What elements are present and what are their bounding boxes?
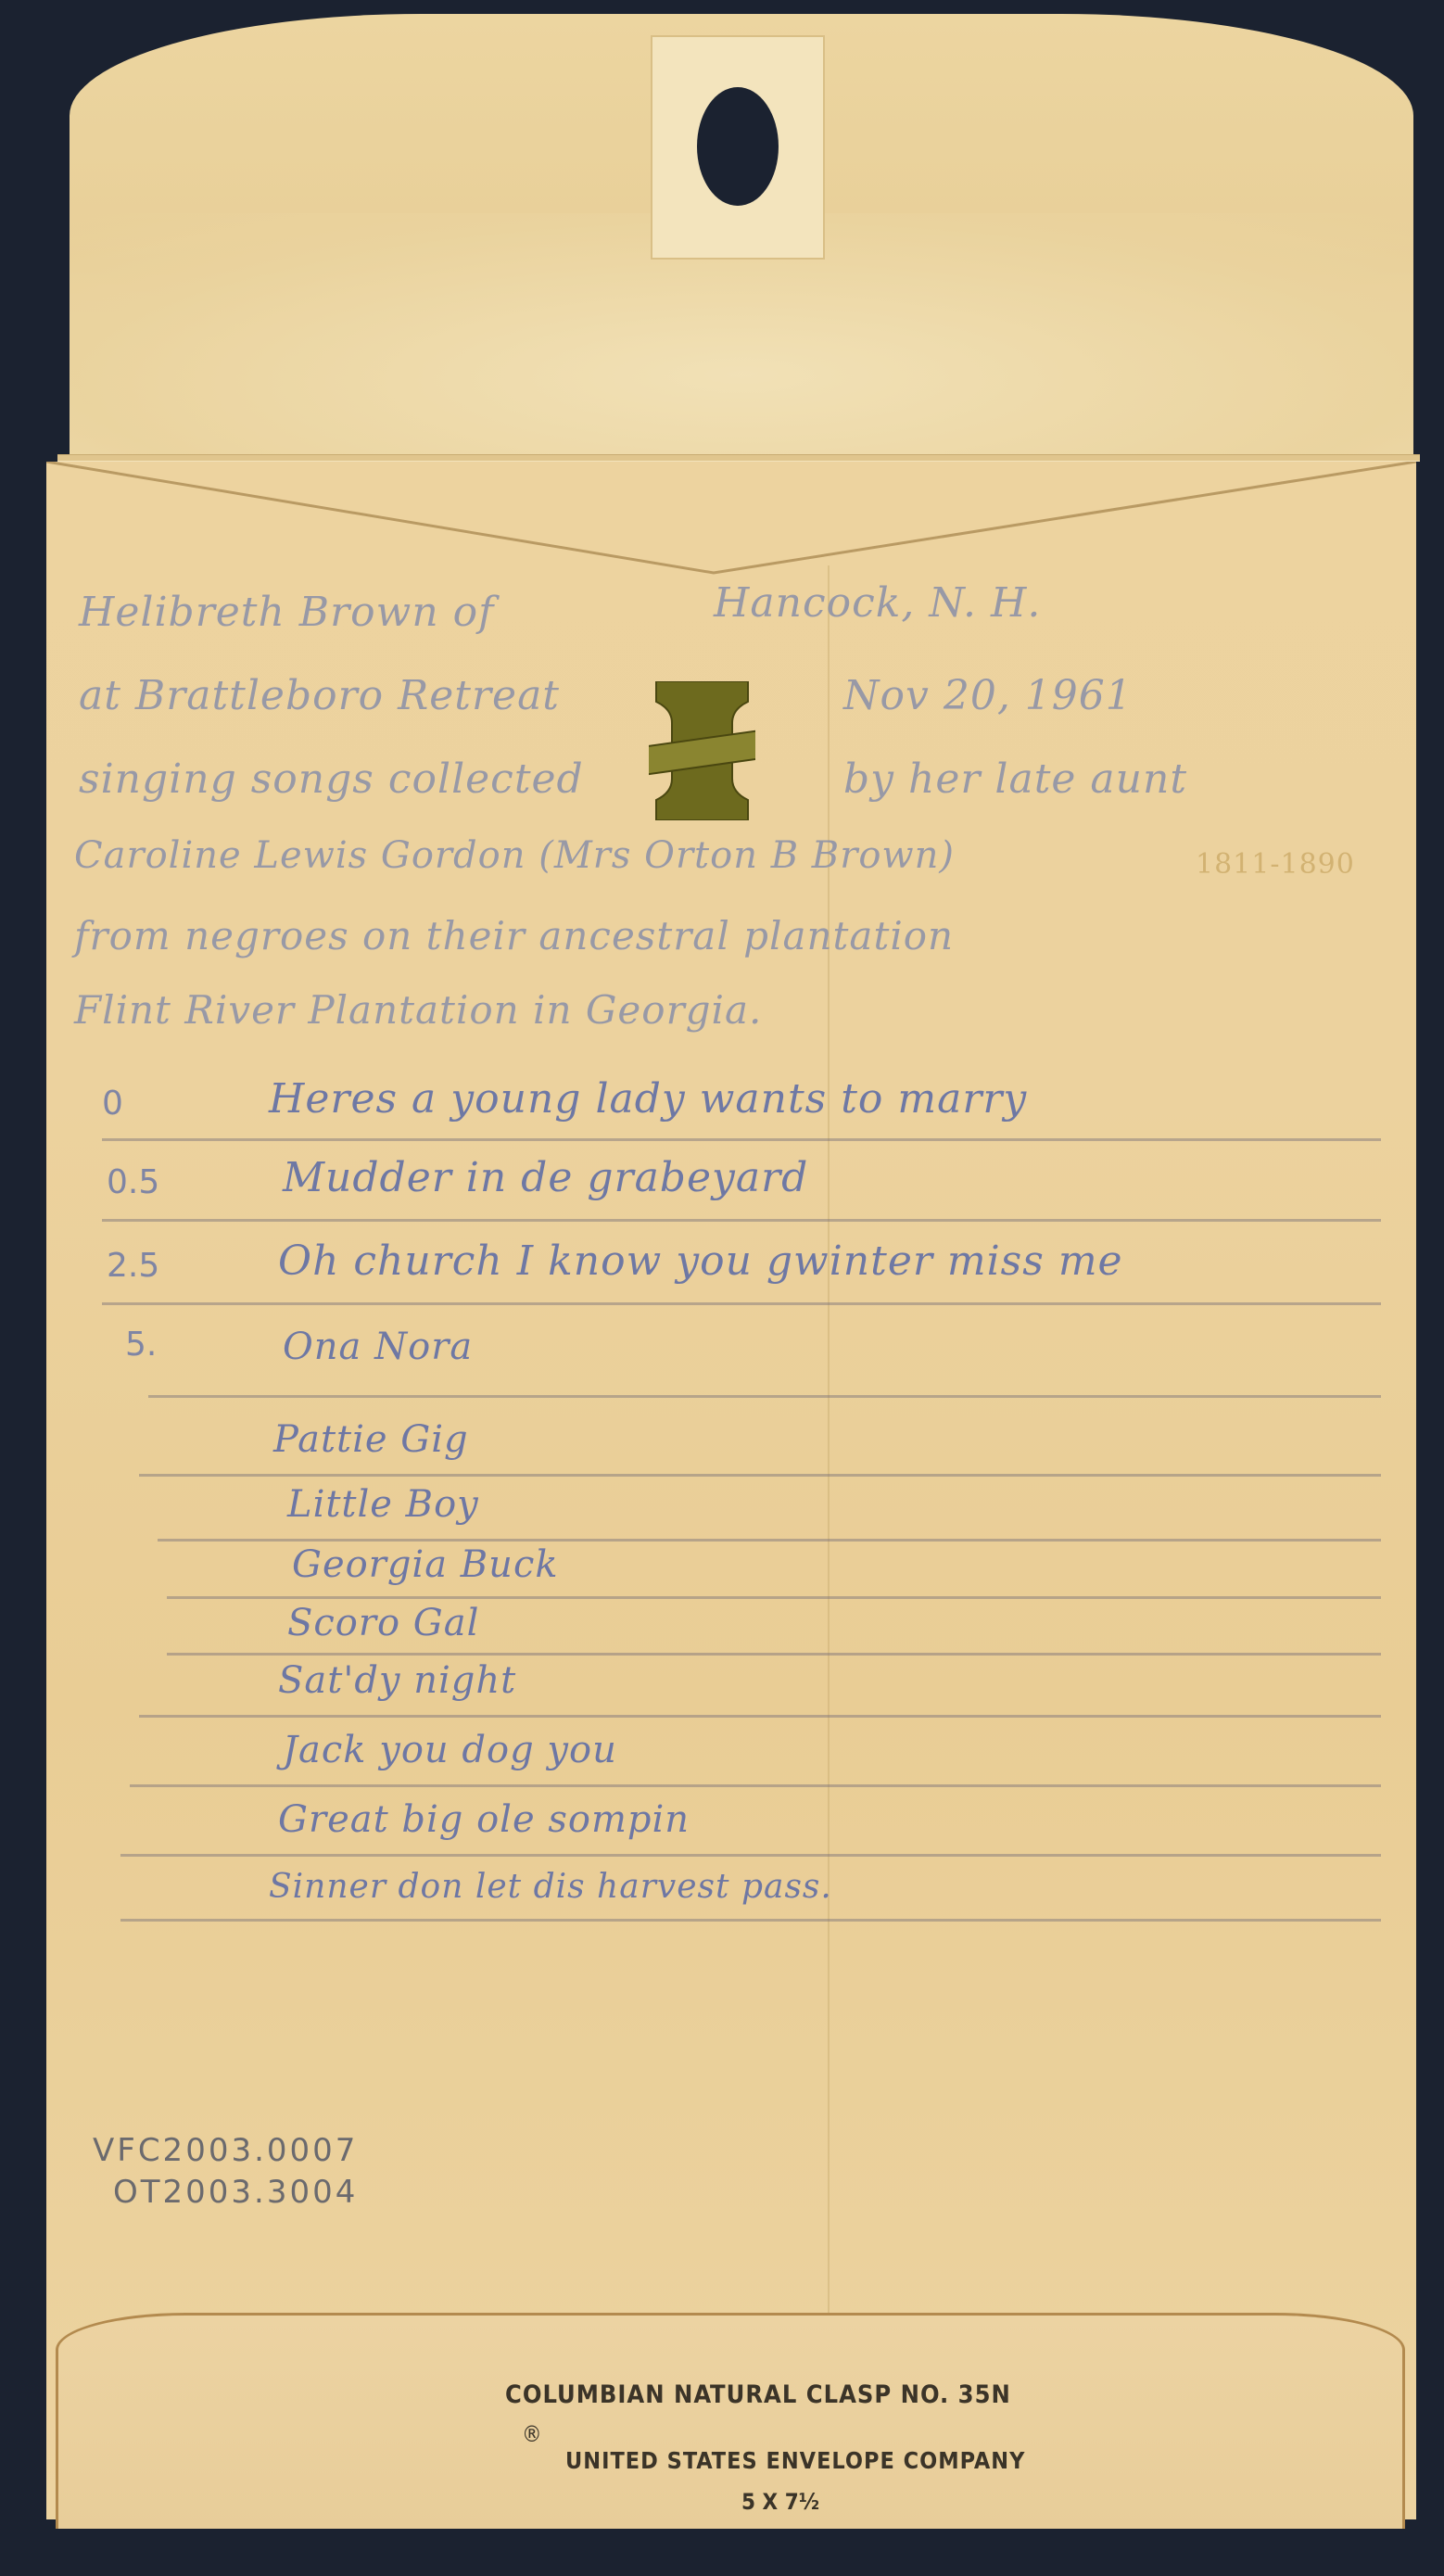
song-title: Heres a young lady wants to marry	[269, 1075, 1027, 1123]
song-index: 0	[102, 1085, 123, 1123]
song-index: 2.5	[107, 1247, 159, 1285]
ruled-line	[130, 1784, 1381, 1787]
song-index: 5.	[125, 1326, 157, 1364]
song-title: Georgia Buck	[292, 1543, 559, 1586]
song-title: Great big ole sompin	[278, 1798, 690, 1841]
imprint-model: COLUMBIAN NATURAL CLASP NO. 35N	[505, 2380, 1011, 2409]
ruled-line	[158, 1539, 1381, 1542]
ruled-line	[102, 1219, 1381, 1222]
clasp-hole	[697, 87, 779, 206]
header-line-2b: Nov 20, 1961	[843, 672, 1133, 719]
header-line-2a: at Brattleboro Retreat	[79, 672, 560, 719]
ruled-line	[120, 1919, 1381, 1922]
song-title: Sat'dy night	[278, 1659, 516, 1702]
header-line-4a: Caroline Lewis Gordon (Mrs Orton B Brown…	[74, 834, 955, 877]
song-title: Oh church I know you gwinter miss me	[278, 1237, 1123, 1285]
registered-mark-icon: ®	[522, 2421, 542, 2447]
song-title: Pattie Gig	[273, 1418, 469, 1461]
ruled-line	[139, 1474, 1381, 1477]
ruled-line	[167, 1653, 1381, 1656]
ruled-line	[102, 1302, 1381, 1305]
envelope-bottom-flap	[56, 2313, 1405, 2529]
header-line-1b: Hancock, N. H.	[714, 579, 1041, 627]
catalog-number-vfc: VFC2003.0007	[93, 2132, 358, 2169]
header-line-3a: singing songs collected	[79, 755, 584, 803]
flap-crease	[57, 454, 1420, 462]
song-title: Little Boy	[287, 1483, 479, 1526]
metal-clasp-icon	[649, 681, 755, 820]
ruled-line	[167, 1596, 1381, 1599]
imprint-size: 5 X 7½	[741, 2489, 819, 2515]
header-line-3b: by her late aunt	[843, 755, 1187, 803]
ruled-line	[139, 1715, 1381, 1718]
header-line-5: from negroes on their ancestral plantati…	[74, 913, 954, 958]
header-line-1a: Helibreth Brown of	[79, 589, 494, 636]
catalog-number-ot: OT2003.3004	[113, 2174, 358, 2211]
envelope-seam	[828, 565, 830, 2327]
song-title: Jack you dog you	[283, 1729, 617, 1771]
envelope-v-flap-lines	[46, 462, 1416, 582]
song-title: Ona Nora	[283, 1326, 473, 1368]
header-line-4b-dates: 1811-1890	[1196, 848, 1355, 881]
song-index: 0.5	[107, 1163, 159, 1201]
song-title: Sinner don let dis harvest pass.	[269, 1868, 832, 1906]
imprint-company: UNITED STATES ENVELOPE COMPANY	[565, 2447, 1025, 2474]
ruled-line	[120, 1854, 1381, 1857]
song-title: Scoro Gal	[287, 1602, 479, 1644]
header-line-6: Flint River Plantation in Georgia.	[74, 987, 762, 1033]
song-title: Mudder in de grabeyard	[283, 1154, 808, 1201]
ruled-line	[148, 1395, 1381, 1398]
ruled-line	[102, 1138, 1381, 1141]
